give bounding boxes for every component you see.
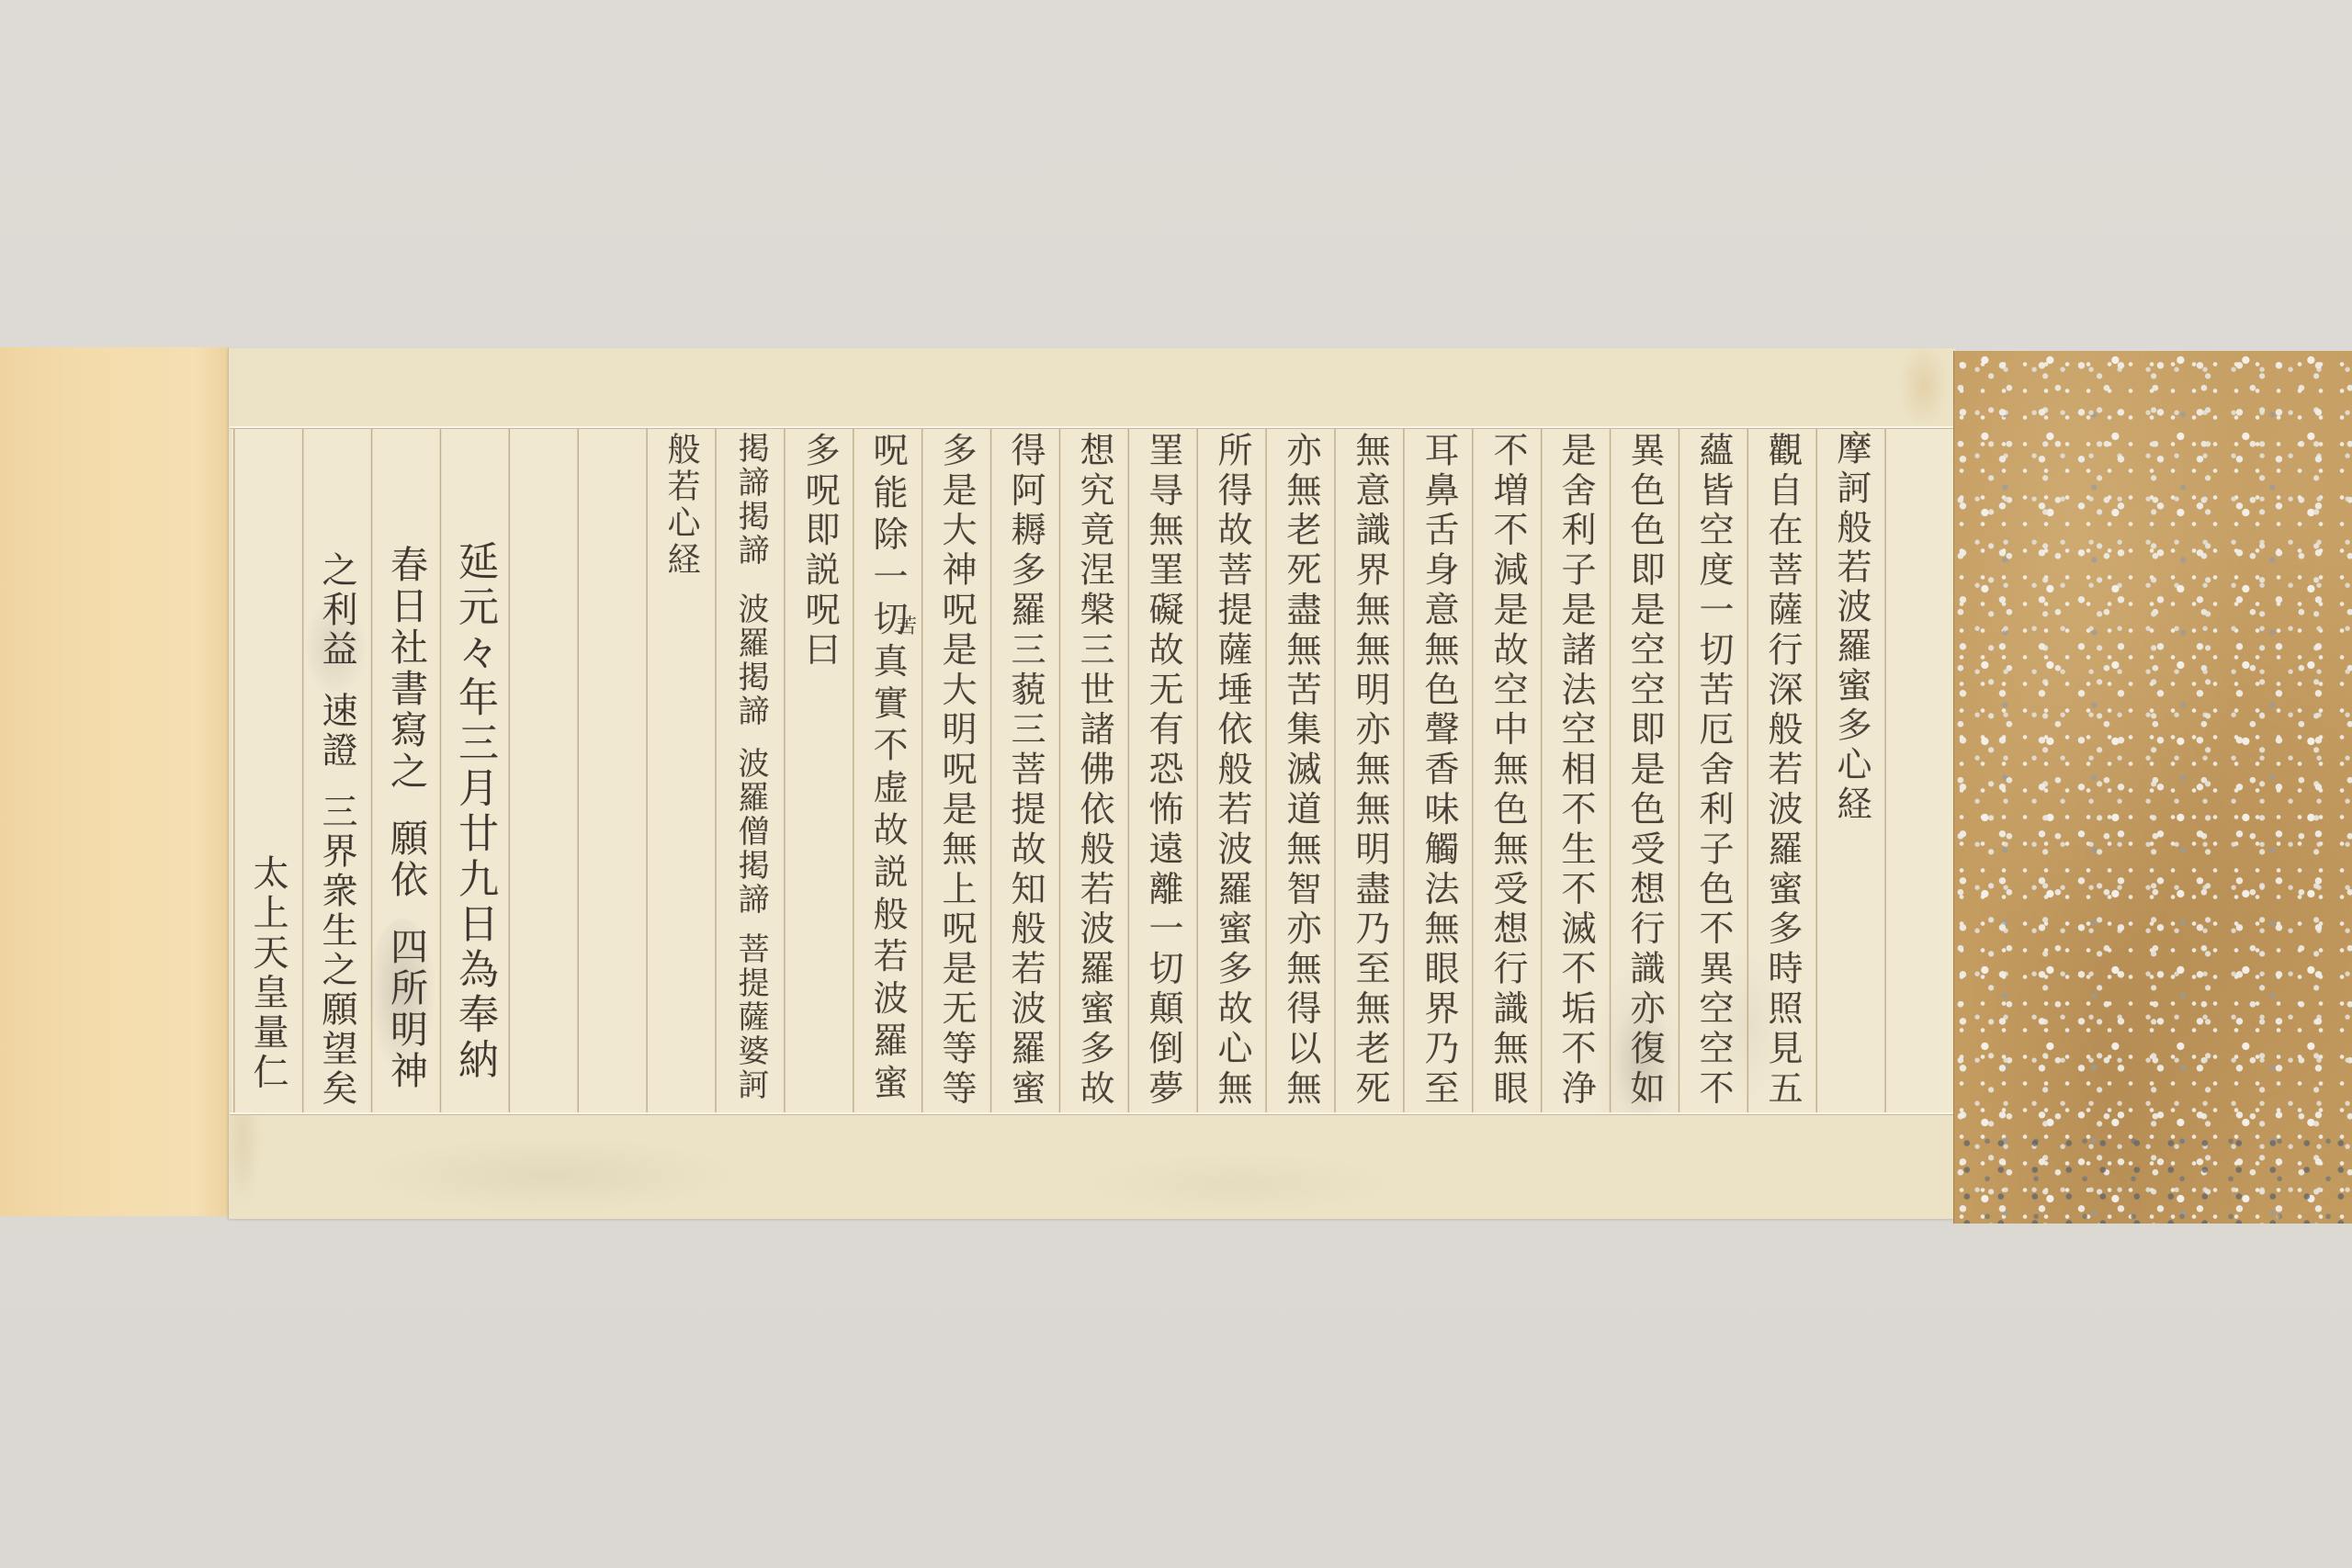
colophon-phrase: 願依 — [384, 818, 428, 901]
sutra-column: 不増不減是故空中無色無受想行識無眼 — [1473, 432, 1542, 1110]
gold-silver-flecked-endpaper — [1953, 351, 2352, 1224]
mantra-phrase: 波羅掲諦 — [732, 592, 769, 728]
colophon-line-2: 春日社書寫之願依四所明神 — [371, 545, 440, 1092]
sutra-column: 呪能除一切真實不虚故説般若波羅蜜 — [853, 432, 922, 1106]
mantra-phrase: 波羅僧掲諦 — [732, 747, 769, 917]
tarnished-silver-flecks — [1953, 1130, 2352, 1224]
imperial-signature: 太上天皇量仁 — [233, 854, 302, 1093]
sutra-column: 多呪即説呪曰 — [785, 432, 854, 671]
colophon-phrase: 之利益 — [316, 551, 357, 670]
bottom-border-rule — [230, 1112, 1955, 1115]
sutra-column: 亦無老死盡無苦集滅道無智亦無得以無 — [1266, 432, 1335, 1110]
photo-backdrop: 摩訶般若波羅蜜多心経 觀自在菩薩行深般若波羅蜜多時照見五 蘊皆空度一切苦厄舍利子… — [0, 0, 2352, 1568]
mantra-phrase: 菩提薩婆訶 — [732, 932, 769, 1102]
left-mount-paper — [0, 347, 230, 1216]
sutra-column: 無意識界無無明亦無無明盡乃至無老死 — [1335, 432, 1404, 1110]
sutra-column: 多是大神呪是大明呪是無上呪是无等等 — [922, 432, 990, 1110]
sutra-column: 異色色即是空空即是色受想行識亦復如 — [1610, 432, 1679, 1110]
sutra-column: 所得故菩提薩埵依般若波羅蜜多故心無 — [1197, 432, 1266, 1110]
colophon-phrase: 三界衆生之願望矣 — [316, 793, 357, 1109]
sutra-column: 想究竟涅槃三世諸佛依般若波羅蜜多故 — [1059, 432, 1128, 1110]
closing-title: 般若心経 — [647, 432, 716, 579]
top-border-rule — [230, 426, 1955, 429]
colophon-phrase: 速證 — [316, 692, 357, 771]
colophon-phrase: 四所明神 — [384, 927, 428, 1092]
sutra-column: 罣㝵無罣礙故无有恐怖遠離一切顛倒夢 — [1128, 432, 1197, 1110]
colophon-date-line: 延元々年三月廿九日為奉納 — [440, 540, 509, 1084]
sutra-title: 摩訶般若波羅蜜多心経 — [1816, 430, 1885, 825]
sutra-column: 觀自在菩薩行深般若波羅蜜多時照見五 — [1747, 432, 1816, 1110]
sutra-column: 是舍利子是諸法空相不生不滅不垢不浄 — [1541, 432, 1610, 1110]
sutra-column: 得阿耨多羅三藐三菩提故知般若波羅蜜 — [990, 432, 1059, 1110]
colophon-phrase: 春日社書寫之 — [384, 545, 428, 793]
mantra-phrase: 掲諦掲諦 — [732, 432, 769, 568]
colophon-line-3: 之利益速證三界衆生之願望矣 — [302, 551, 371, 1109]
sutra-column: 耳鼻舌身意無色聲香味觸法無眼界乃至 — [1404, 432, 1473, 1110]
sutra-column: 蘊皆空度一切苦厄舍利子色不異空空不 — [1679, 432, 1747, 1110]
mantra-column: 掲諦掲諦波羅掲諦波羅僧掲諦菩提薩婆訶 — [716, 432, 785, 1102]
interlinear-correction: 苦 — [897, 617, 917, 637]
